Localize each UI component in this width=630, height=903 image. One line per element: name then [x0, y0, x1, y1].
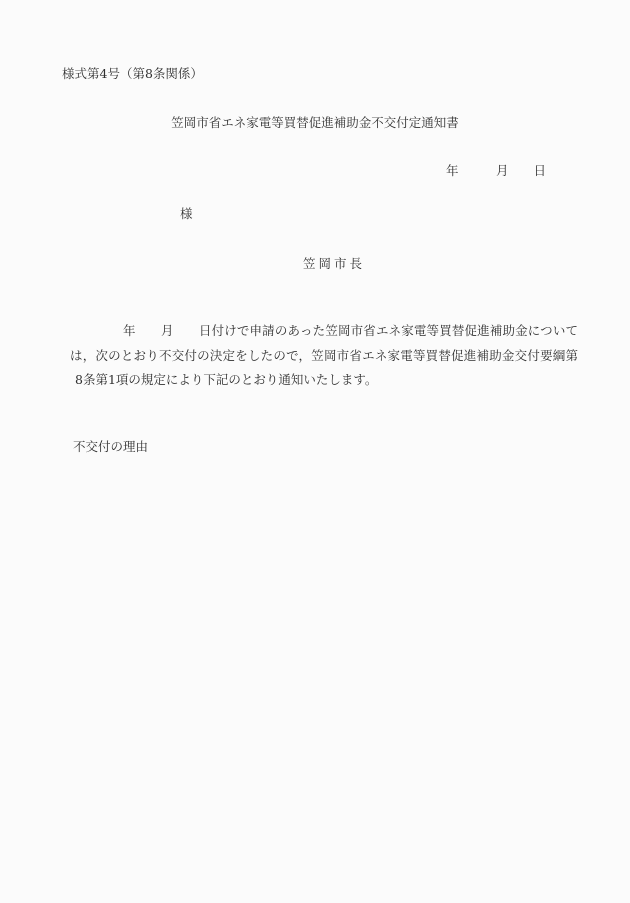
- document-page: 様式第4号（第8条関係） 笠岡市省エネ家電等買替促進補助金不交付定通知書 年 月…: [0, 0, 630, 903]
- body-line-2: は，次のとおり不交付の決定をしたので，笠岡市省エネ家電等買替促進補助金交付要綱第: [70, 344, 578, 369]
- form-number: 様式第4号（第8条関係）: [62, 68, 203, 81]
- document-title: 笠岡市省エネ家電等買替促進補助金不交付定通知書: [0, 117, 630, 130]
- body-paragraph: 年 月 日付けで申請のあった笠岡市省エネ家電等買替促進補助金について は，次のと…: [70, 319, 578, 393]
- date-blank-line: 年 月 日: [446, 165, 546, 178]
- sender-mayor-title: 笠岡市長: [303, 258, 365, 271]
- body-line-1: 年 月 日付けで申請のあった笠岡市省エネ家電等買替促進補助金について: [70, 319, 578, 344]
- reason-heading: 不交付の理由: [73, 441, 148, 454]
- addressee-honorific: 様: [180, 208, 193, 221]
- body-line-3: 8条第1項の規定により下記のとおり通知いたします。: [70, 368, 578, 393]
